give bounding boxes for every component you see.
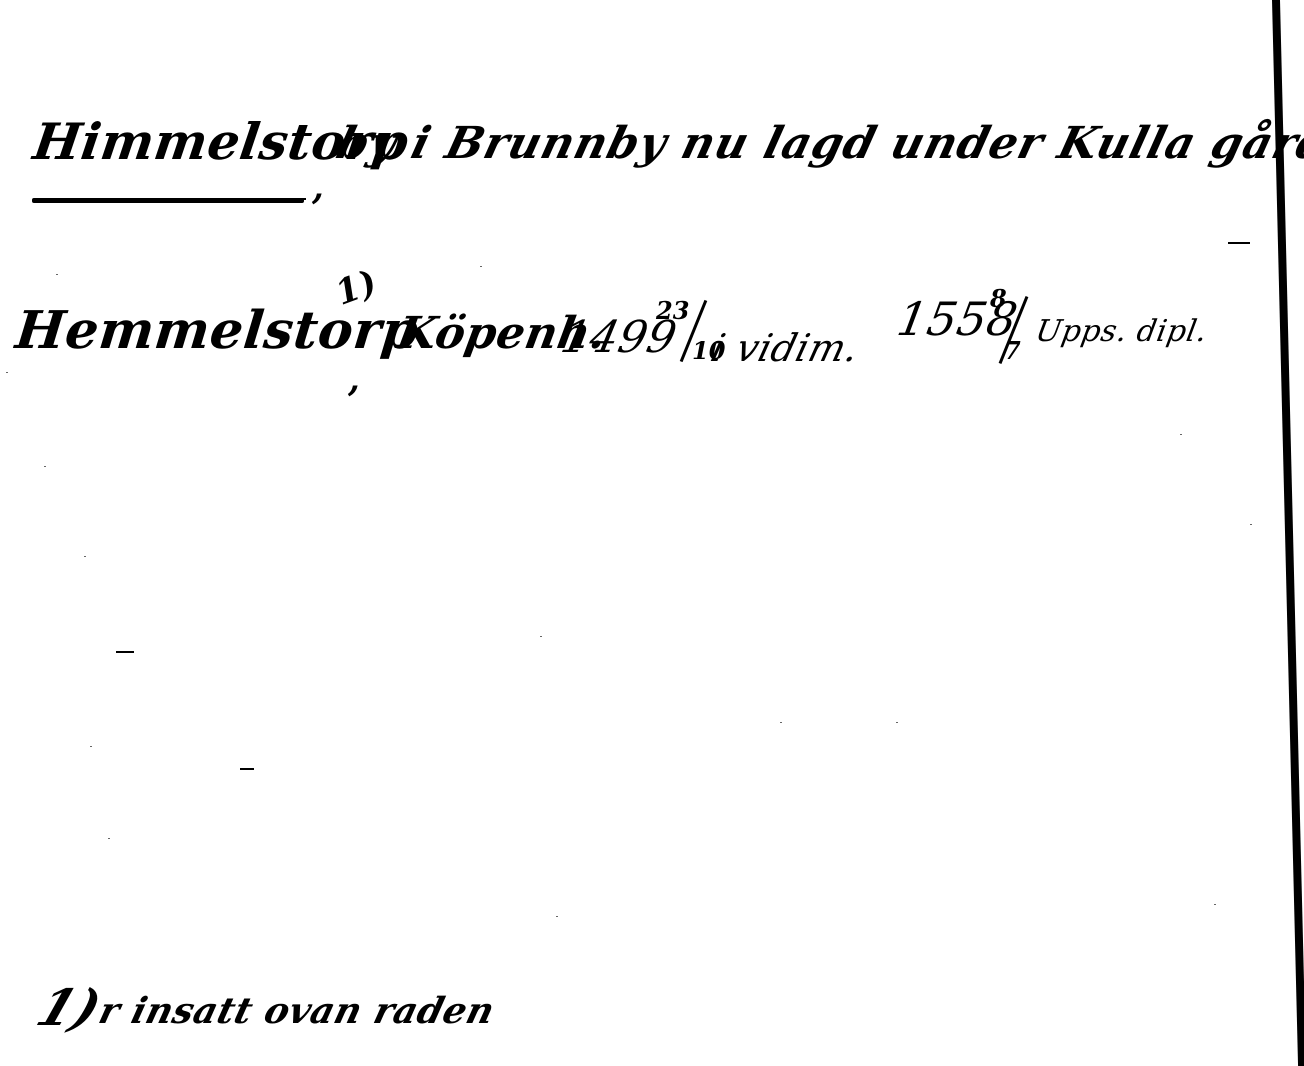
headword-comma: , bbox=[312, 168, 324, 208]
scan-speck bbox=[6, 372, 8, 373]
form-comma: , bbox=[348, 360, 360, 400]
scan-mark bbox=[116, 651, 134, 653]
scan-speck bbox=[480, 266, 482, 267]
archive-reference: Upps. dipl. bbox=[1033, 314, 1210, 349]
scan-speck bbox=[1250, 524, 1252, 525]
scan-speck bbox=[556, 916, 558, 917]
scan-mark bbox=[1228, 242, 1250, 244]
vidimus-note: i vidim. bbox=[707, 326, 864, 370]
headword-underline bbox=[32, 198, 304, 203]
archive-card: Himmelstorp , by i Brunnby nu lagd under… bbox=[0, 0, 1304, 1066]
scan-speck bbox=[1180, 434, 1182, 435]
scan-speck bbox=[84, 556, 86, 557]
scan-speck bbox=[896, 722, 898, 723]
scan-speck bbox=[1214, 904, 1216, 905]
date-2-month: 7 bbox=[1004, 336, 1021, 365]
source-date-2: 8 7 bbox=[990, 284, 1040, 374]
scan-speck bbox=[56, 274, 58, 275]
scan-mark bbox=[240, 768, 254, 770]
scan-speck bbox=[44, 466, 46, 467]
scan-mark bbox=[300, 198, 306, 200]
date-2-day: 8 bbox=[990, 284, 1007, 313]
scan-speck bbox=[540, 636, 542, 637]
scan-speck bbox=[108, 838, 110, 839]
historical-form: Hemmelstorp bbox=[13, 300, 422, 361]
scan-speck bbox=[780, 722, 782, 723]
footnote-text: r insatt ovan raden bbox=[95, 990, 499, 1032]
scan-speck bbox=[90, 746, 92, 747]
date-1-day: 23 bbox=[656, 296, 689, 325]
place-description: by i Brunnby nu lagd under Kulla gård, M… bbox=[332, 118, 1304, 169]
